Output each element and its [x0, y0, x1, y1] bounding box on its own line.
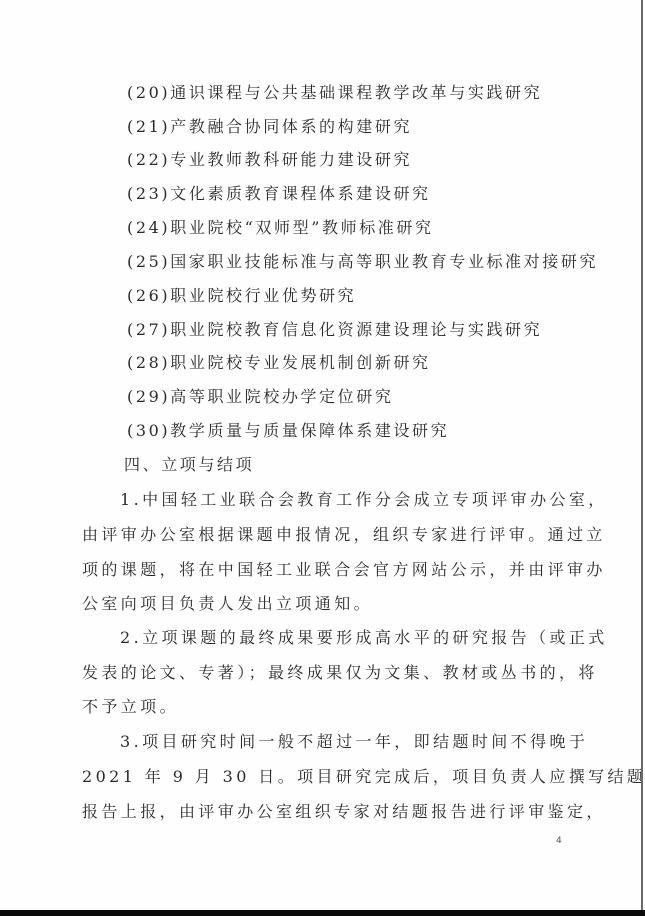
paragraph-line: 2021 年 9 月 30 日。项目研究完成后，项目负责人应撰写结题 [82, 767, 645, 787]
list-item: (21)产教融合协同体系的构建研究 [127, 117, 412, 137]
section-heading: 四、立项与结项 [124, 455, 254, 475]
list-item: (27)职业院校教育信息化资源建设理论与实践研究 [127, 320, 542, 340]
paragraph-line: 发表的论文、专著）；最终成果仅为文集、教材或丛书的，将 [82, 663, 598, 683]
list-item: (24)职业院校“双师型”教师标准研究 [127, 218, 434, 238]
list-item: (23)文化素质教育课程体系建设研究 [127, 184, 431, 204]
paragraph-line: 1.中国轻工业联合会教育工作分会成立专项评审办公室， [120, 490, 608, 510]
paragraph-line: 3.项目研究时间一般不超过一年，即结题时间不得晚于 [120, 732, 588, 752]
list-item: (30)教学质量与质量保障体系建设研究 [127, 421, 449, 441]
paragraph-line: 不予立项。 [82, 697, 179, 717]
list-item: (29)高等职业院校办学定位研究 [127, 387, 393, 407]
document-page: (20)通识课程与公共基础课程教学改革与实践研究 (21)产教融合协同体系的构建… [0, 0, 645, 916]
list-item: (28)职业院校专业发展机制创新研究 [127, 353, 431, 373]
list-item: (22)专业教师教科研能力建设研究 [127, 150, 412, 170]
scan-edge-line [641, 0, 643, 910]
paragraph-line: 报告上报，由评审办公室组织专家对结题报告进行评审鉴定， [82, 802, 606, 822]
paragraph-line: 公室向项目负责人发出立项通知。 [82, 594, 373, 614]
paragraph-line: 2.立项课题的最终成果要形成高水平的研究报告（或正式 [120, 628, 608, 648]
list-item: (25)国家职业技能标准与高等职业教育专业标准对接研究 [127, 252, 598, 272]
paragraph-line: 项的课题，将在中国轻工业联合会官方网站公示，并由评审办 [82, 560, 606, 580]
paragraph-line: 由评审办公室根据课题申报情况，组织专家进行评审。通过立 [82, 525, 606, 545]
page-number: 4 [556, 836, 562, 846]
scan-bottom-edge [0, 910, 645, 916]
list-item: (26)职业院校行业优势研究 [127, 286, 356, 306]
list-item: (20)通识课程与公共基础课程教学改革与实践研究 [127, 83, 542, 103]
